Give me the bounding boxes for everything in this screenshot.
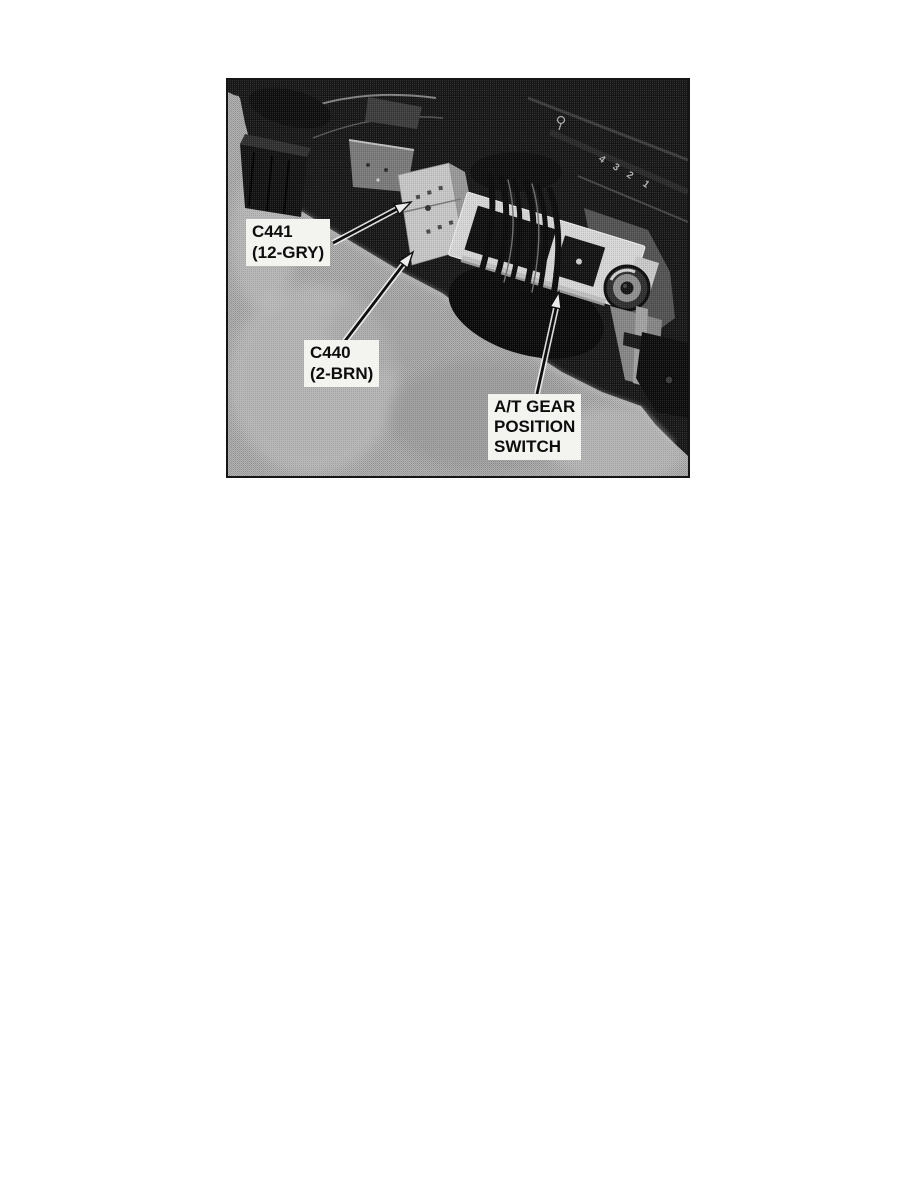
manual-page: 4 3 2 1 bbox=[0, 0, 918, 1188]
halftone-overlay bbox=[228, 80, 688, 476]
label-c441-line1: C441 bbox=[252, 221, 324, 242]
label-gear-switch-line2: POSITION bbox=[494, 417, 575, 437]
photo-scene: 4 3 2 1 bbox=[228, 80, 688, 476]
label-gear-switch-line3: SWITCH bbox=[494, 437, 575, 457]
label-c440-line2: (2-BRN) bbox=[310, 363, 373, 384]
figure-photo: 4 3 2 1 bbox=[226, 78, 690, 478]
label-c440-line1: C440 bbox=[310, 342, 373, 363]
label-gear-switch-line1: A/T GEAR bbox=[494, 397, 575, 417]
label-c441: C441 (12-GRY) bbox=[246, 219, 330, 266]
label-c441-line2: (12-GRY) bbox=[252, 242, 324, 263]
label-c440: C440 (2-BRN) bbox=[304, 340, 379, 387]
label-gear-position-switch: A/T GEAR POSITION SWITCH bbox=[488, 394, 581, 460]
